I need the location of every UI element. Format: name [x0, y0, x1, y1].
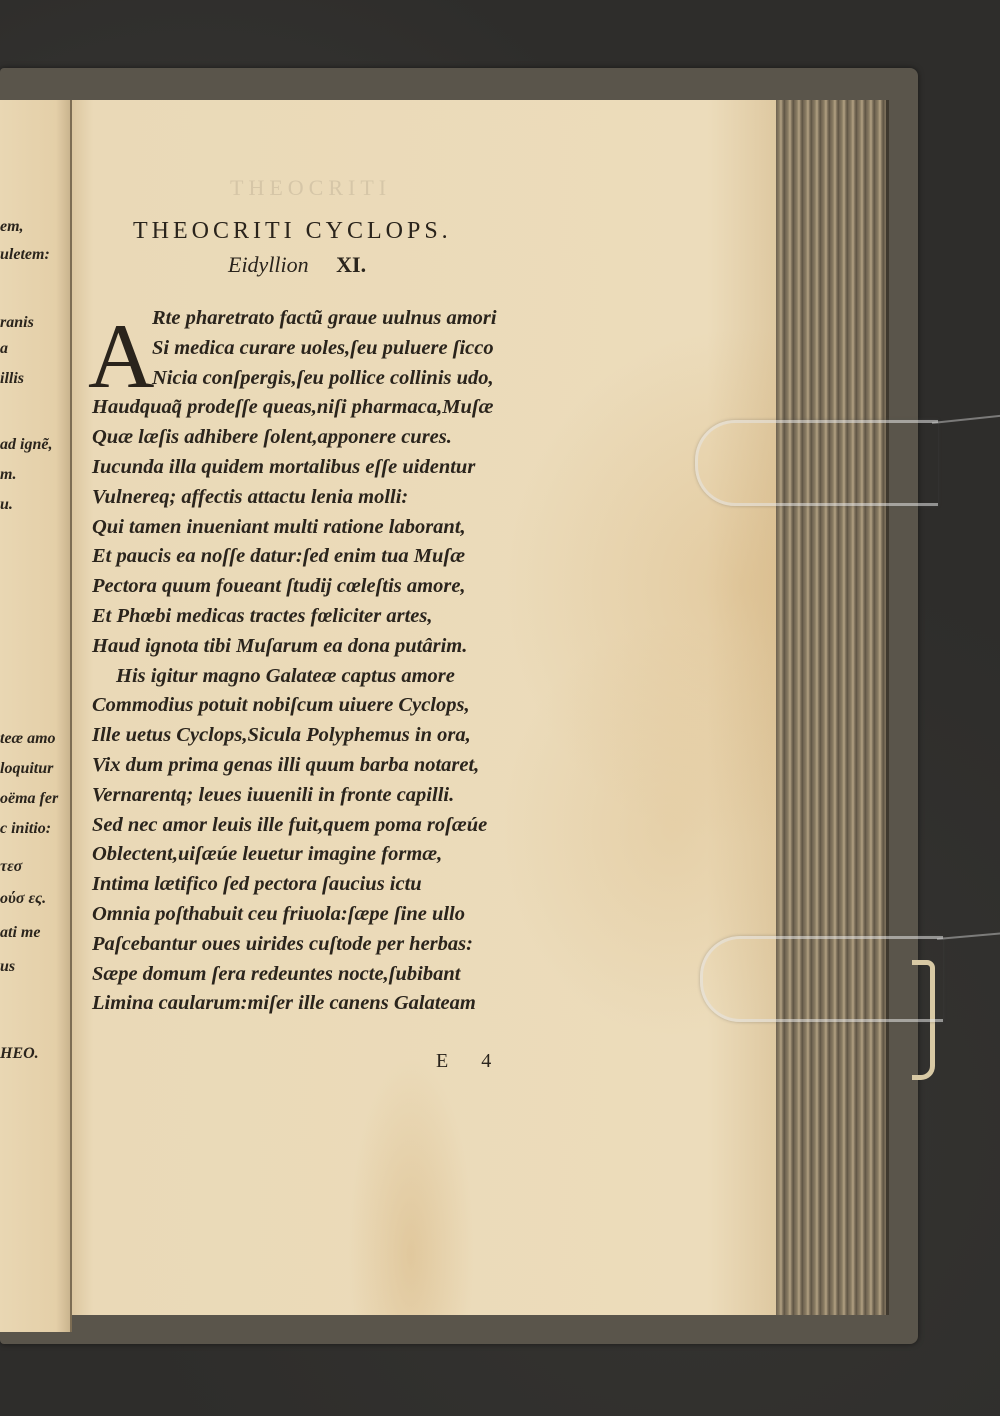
verse-line: Vix dum prima genas illi quum barba nota…	[92, 751, 552, 781]
left-page-fragment: c initio:	[0, 820, 51, 838]
left-page-fragment: ati me	[0, 924, 40, 942]
paper-clip-wire	[937, 932, 1000, 940]
verse-line: Sed nec amor leuis ille fuit,quem poma r…	[92, 811, 552, 841]
signature-mark: E 4	[436, 1050, 505, 1073]
verse-line: Rte pharetrato factũ graue uulnus amori	[92, 304, 552, 334]
left-page-fragment: us	[0, 958, 15, 976]
paper-clip-wire	[932, 415, 1000, 424]
verse-line: Qui tamen inueniant multi ratione labora…	[92, 513, 552, 543]
verse-line: Iucunda illa quidem mortalibus eſſe uide…	[92, 453, 552, 483]
verse-line: Oblectent,uiſæúe leuetur imagine formæ,	[92, 840, 552, 870]
left-page-fragment: oëma fer	[0, 790, 58, 808]
left-page-fragment: em,	[0, 218, 24, 236]
left-page-fragment: uletem:	[0, 246, 50, 264]
page-fore-edge	[776, 100, 889, 1315]
verse-line: Haud ignota tibi Muſarum ea dona putârim…	[92, 632, 552, 662]
verse-line: Omnia poſthabuit ceu friuola:ſæpe ſine u…	[92, 900, 552, 930]
verse-line: Pectora quum foueant ſtudij cœleſtis amo…	[92, 572, 552, 602]
poem-subtitle: Eidyllion XI.	[228, 252, 366, 278]
verse-line: Vulnereq; affectis attactu lenia molli:	[92, 483, 552, 513]
paper-clip	[700, 936, 943, 1022]
verse-line: Si medica curare uoles,ſeu puluere ſicco	[92, 334, 552, 364]
verse-line: Ille uetus Cyclops,Sicula Polyphemus in …	[92, 721, 552, 751]
left-page-fragment: a	[0, 340, 8, 358]
subtitle-number: XI.	[336, 252, 366, 277]
left-page-fragment: HEO.	[0, 1045, 39, 1063]
left-page-fragment: ούσ ες.	[0, 890, 46, 908]
verse-line: Haudquaq̃ prodeſſe queas,niſi pharmaca,M…	[92, 393, 552, 423]
left-page-fragment: u.	[0, 496, 13, 514]
verse-line: Paſcebantur oues uirides cuſtode per her…	[92, 930, 552, 960]
show-through-text: THEOCRITI	[230, 175, 391, 201]
left-page-fragment: teæ amo	[0, 730, 56, 748]
left-page-fragment: ad ignẽ,	[0, 436, 52, 454]
verse-line: Et paucis ea noſſe datur:ſed enim tua Mu…	[92, 542, 552, 572]
left-page-fragment: τεσ	[0, 858, 22, 876]
verse-line: Vernarentq; leues iuuenili in fronte cap…	[92, 781, 552, 811]
subtitle-label: Eidyllion	[228, 252, 309, 277]
poem-text: Rte pharetrato factũ graue uulnus amori …	[92, 304, 552, 1019]
verse-line: Quæ læſis adhibere ſolent,apponere cures…	[92, 423, 552, 453]
verse-line: Et Phœbi medicas tractes fœliciter artes…	[92, 602, 552, 632]
paper-clip	[695, 420, 938, 506]
left-page-fragment: illis	[0, 370, 24, 388]
verse-line: Sæpe domum ſera redeuntes nocte,ſubibant	[92, 960, 552, 990]
verse-line: Limina caularum:miſer ille canens Galate…	[92, 989, 552, 1019]
left-page-fragment: ranis	[0, 314, 34, 332]
left-page-fragment: m.	[0, 466, 16, 484]
verse-line: Intima lætifico ſed pectora ſaucius ictu	[92, 870, 552, 900]
verse-line: His igitur magno Galateæ captus amore	[92, 662, 552, 692]
running-title: THEOCRITI CYCLOPS.	[133, 218, 452, 245]
left-page-fragment: loquitur	[0, 760, 53, 778]
verse-line: Nicia conſpergis,ſeu pollice collinis ud…	[92, 364, 552, 394]
verse-line: Commodius potuit nobiſcum uiuere Cyclops…	[92, 691, 552, 721]
left-page	[0, 100, 72, 1332]
